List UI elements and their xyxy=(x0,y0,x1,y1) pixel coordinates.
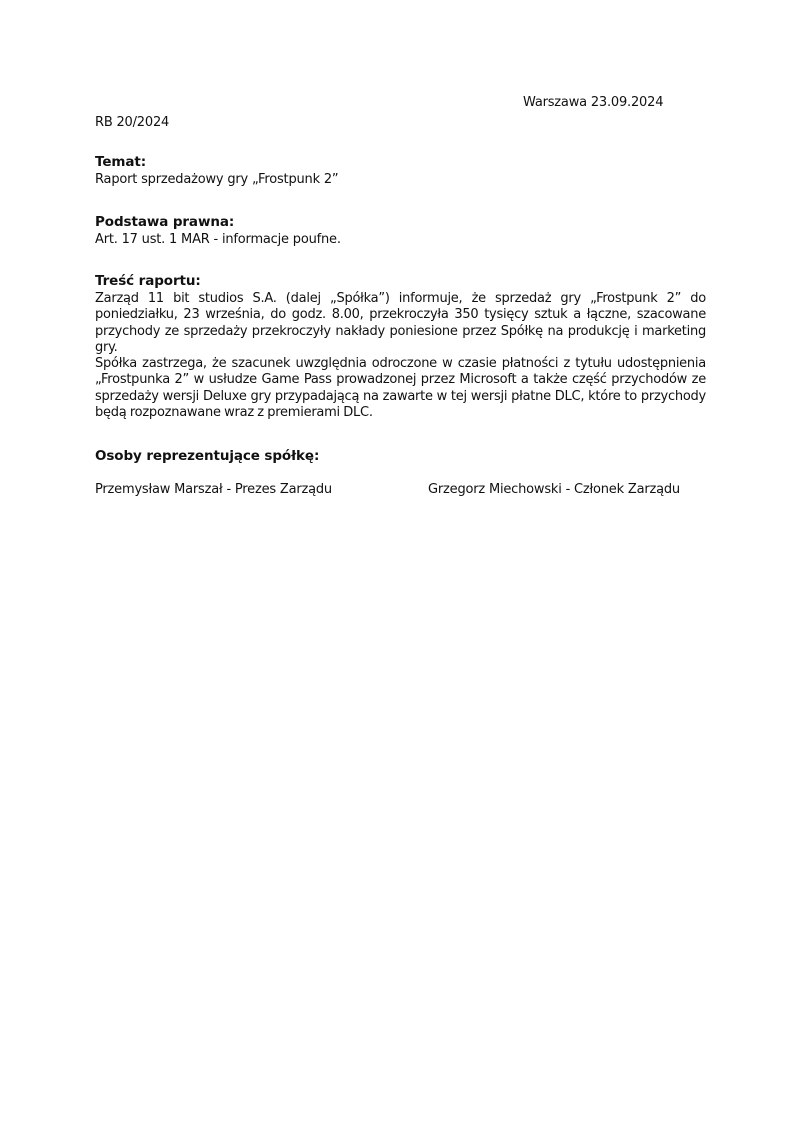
representatives-heading: Osoby reprezentujące spółkę: xyxy=(95,447,705,465)
signatory-board-member: Grzegorz Miechowski - Członek Zarządu xyxy=(428,482,680,497)
legal-basis-text: Art. 17 ust. 1 MAR - informacje poufne. xyxy=(95,231,705,249)
subject-section: Temat: Raport sprzedażowy gry „Frostpunk… xyxy=(95,153,705,189)
representatives-section: Osoby reprezentujące spółkę: xyxy=(95,447,705,465)
subject-heading: Temat: xyxy=(95,153,705,171)
report-number: RB 20/2024 xyxy=(95,115,169,130)
subject-text: Raport sprzedażowy gry „Frostpunk 2” xyxy=(95,171,705,189)
report-paragraph-1: Zarząd 11 bit studios S.A. (dalej „Spółk… xyxy=(95,291,706,356)
report-paragraph-2: Spółka zastrzega, że szacunek uwzględnia… xyxy=(95,356,706,421)
legal-basis-section: Podstawa prawna: Art. 17 ust. 1 MAR - in… xyxy=(95,213,705,249)
legal-basis-heading: Podstawa prawna: xyxy=(95,213,705,231)
signatory-president: Przemysław Marszał - Prezes Zarządu xyxy=(95,482,332,497)
report-content-section: Treść raportu: Zarząd 11 bit studios S.A… xyxy=(95,272,706,421)
report-content-heading: Treść raportu: xyxy=(95,272,706,290)
place-and-date: Warszawa 23.09.2024 xyxy=(523,95,663,110)
